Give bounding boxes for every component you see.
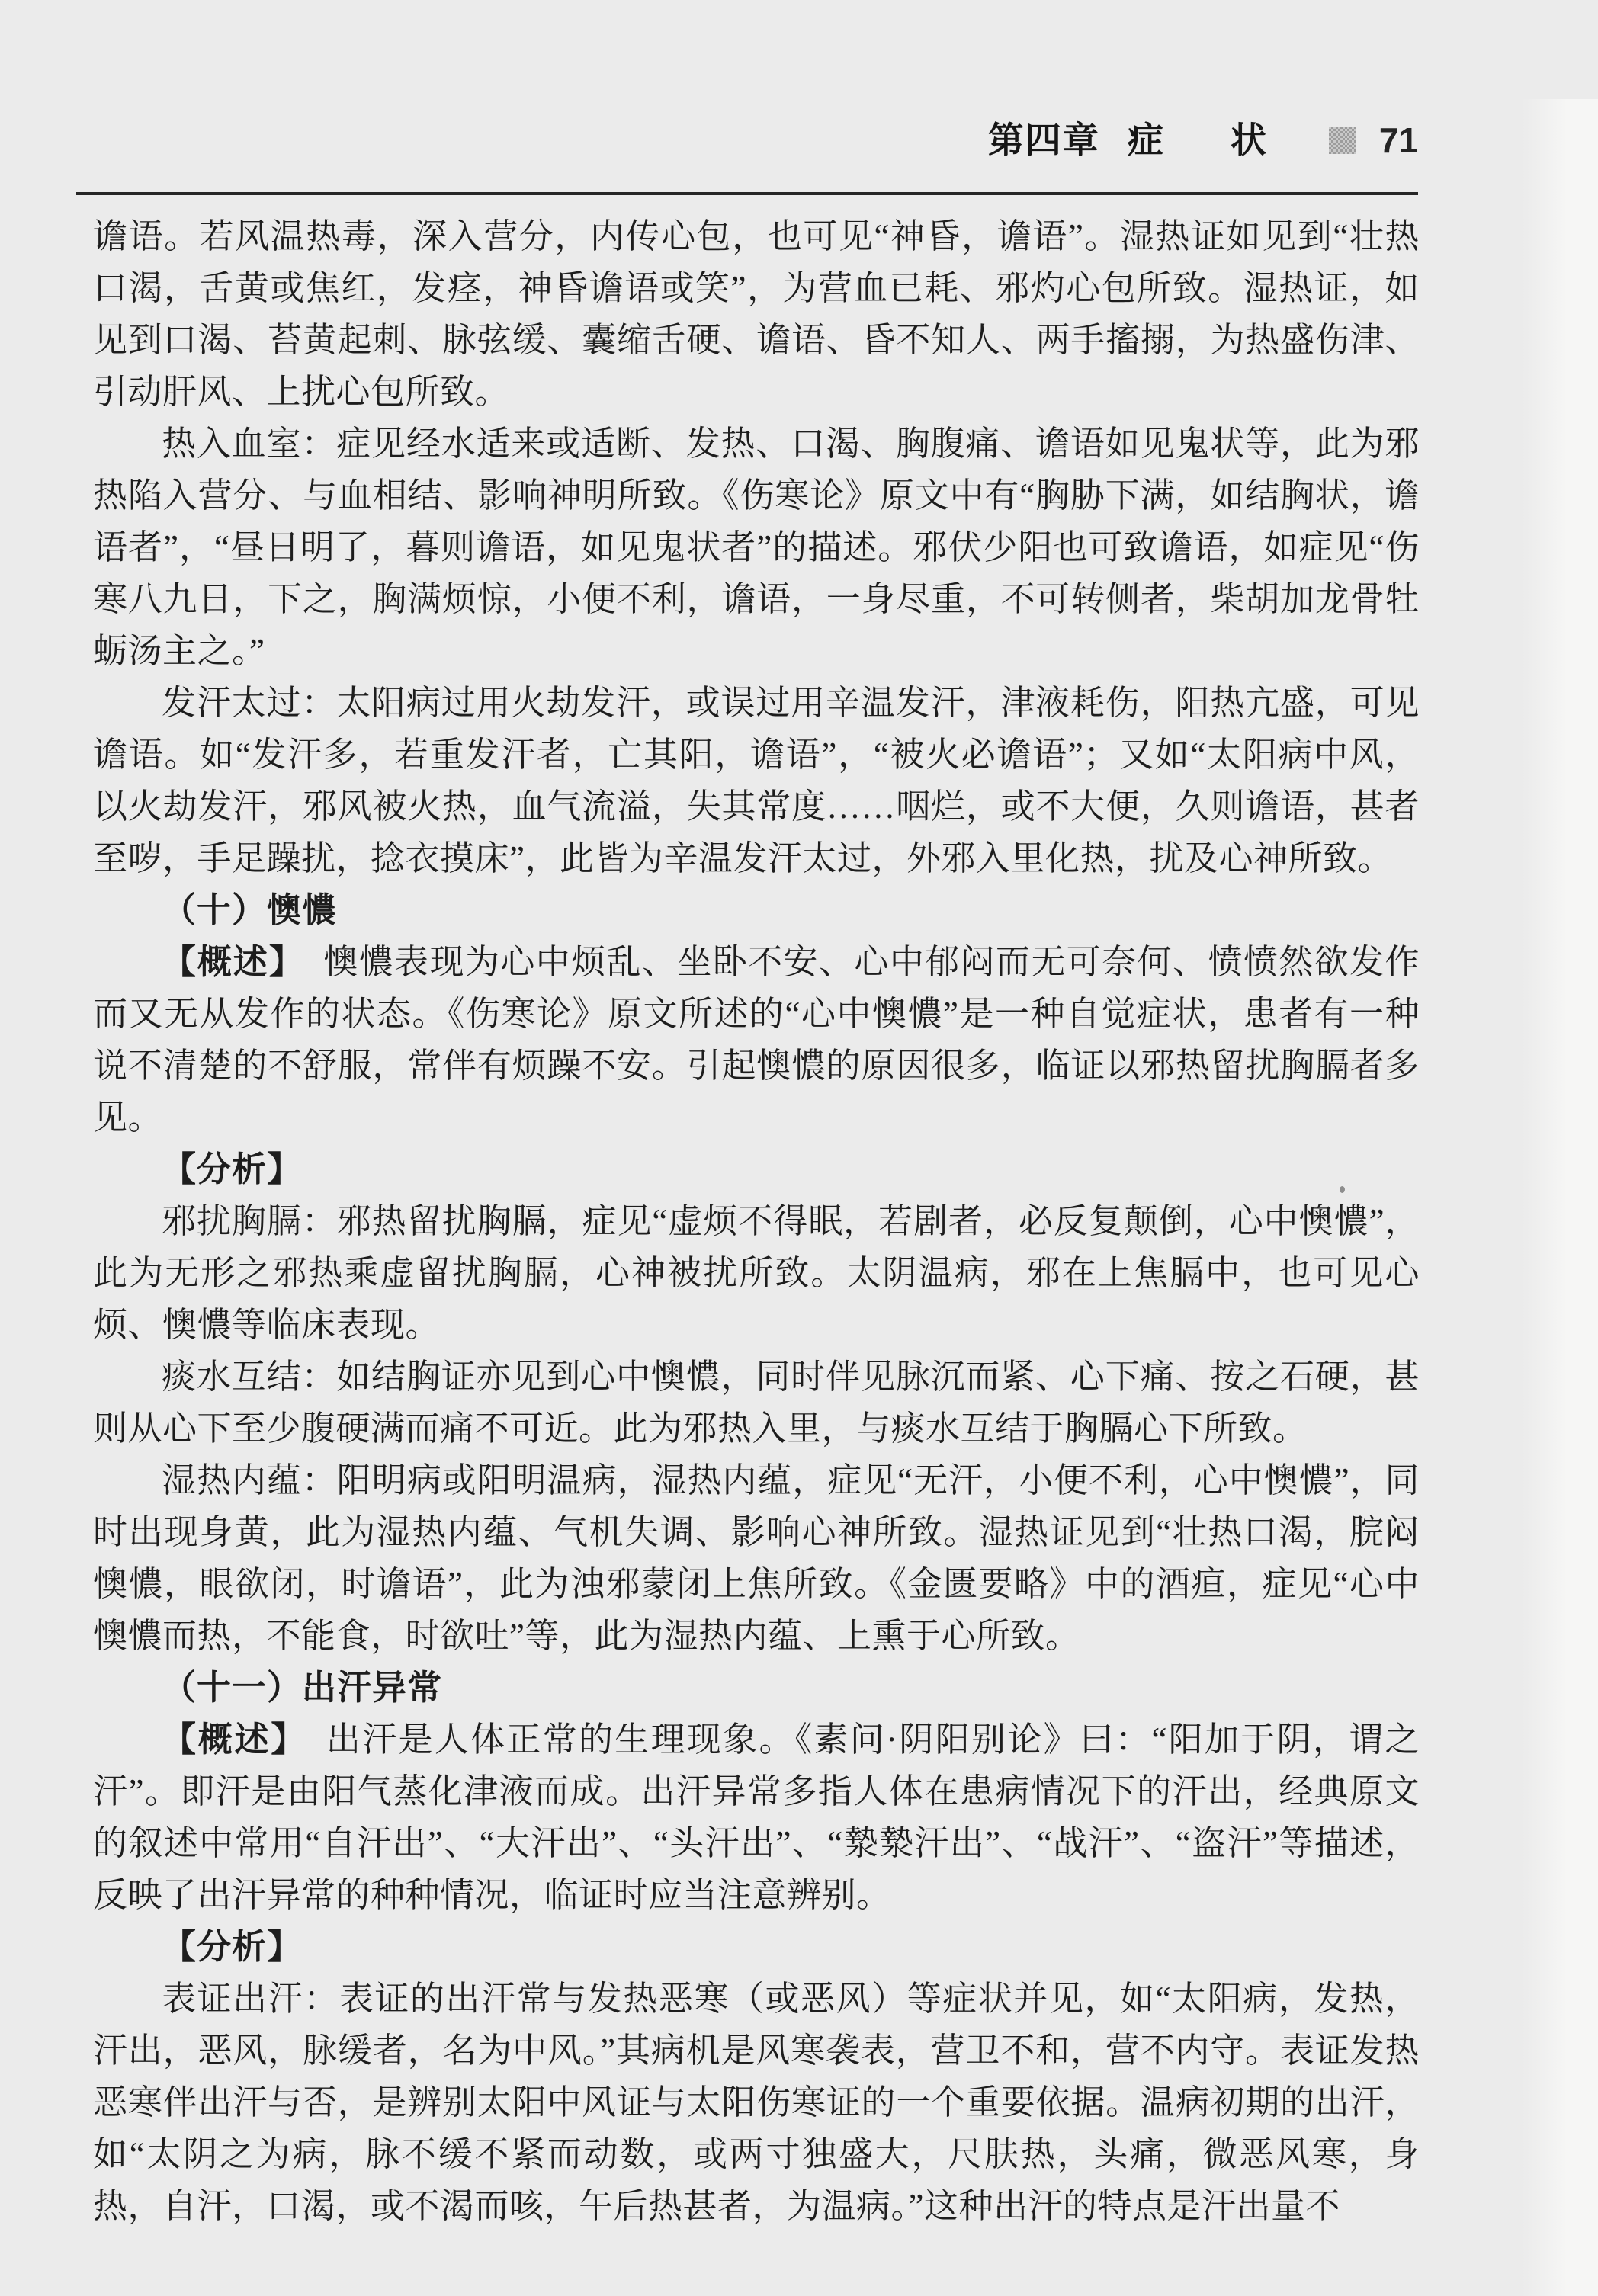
running-header: 第四章 症 状 71 <box>76 122 1418 158</box>
paragraph: 【概述】出汗是人体正常的生理现象。《素问·阴阳别论》曰：“阳加于阴，谓之汗”。即… <box>93 1714 1420 1921</box>
chapter-title-char: 状 <box>1231 122 1266 158</box>
paragraph: 湿热内蕴：阳明病或阳明温病，湿热内蕴，症见“无汗，小便不利，心中懊憹”，同时出现… <box>93 1454 1420 1662</box>
paragraph: 【分析】 <box>93 1921 1420 1973</box>
paragraph: 谵语。若风温热毒，深入营分，内传心包，也可见“神昏，谵语”。湿热证如见到“壮热口… <box>93 210 1420 418</box>
bracket-label: 【分析】 <box>162 1150 302 1188</box>
paragraph: 【分析】 <box>93 1143 1420 1195</box>
paragraph: 表证出汗：表证的出汗常与发热恶寒（或恶风）等症状并见，如“太阳病，发热，汗出，恶… <box>93 1973 1420 2232</box>
paragraph: 热入血室：症见经水适来或适断、发热、口渴、胸腹痛、谵语如见鬼状等，此为邪热陷入营… <box>93 418 1420 677</box>
text-blocks: 谵语。若风温热毒，深入营分，内传心包，也可见“神昏，谵语”。湿热证如见到“壮热口… <box>93 210 1420 2232</box>
page: { "colors": { "page_background": "#ebebe… <box>0 0 1598 2296</box>
scan-speck <box>1340 1186 1345 1193</box>
halftone-square-icon <box>1329 127 1356 154</box>
paragraph: 邪扰胸膈：邪热留扰胸膈，症见“虚烦不得眠，若剧者，必反复颠倒，心中懊憹”，此为无… <box>93 1195 1420 1351</box>
scan-page-edge <box>1522 99 1598 2296</box>
bracket-label: 【概述】 <box>162 942 305 981</box>
paragraph: 发汗太过：太阳病过用火劫发汗，或误过用辛温发汗，津液耗伤，阳热亢盛，可见谵语。如… <box>93 677 1420 884</box>
page-number: 71 <box>1379 123 1418 158</box>
chapter-title-char: 症 <box>1128 122 1163 158</box>
paragraph: 痰水互结：如结胸证亦见到心中懊憹，同时伴见脉沉而紧、心下痛、按之石硬，甚则从心下… <box>93 1351 1420 1454</box>
chapter-label: 第四章 <box>988 122 1100 158</box>
section-heading: （十一）出汗异常 <box>93 1662 1420 1714</box>
section-heading: （十）懊憹 <box>93 884 1420 936</box>
paragraph: 【概述】懊憹表现为心中烦乱、坐卧不安、心中郁闷而无可奈何、愤愤然欲发作而又无从发… <box>93 936 1420 1143</box>
header-rule <box>76 192 1418 195</box>
bracket-label: 【概述】 <box>162 1720 307 1759</box>
bracket-label: 【分析】 <box>162 1927 302 1966</box>
